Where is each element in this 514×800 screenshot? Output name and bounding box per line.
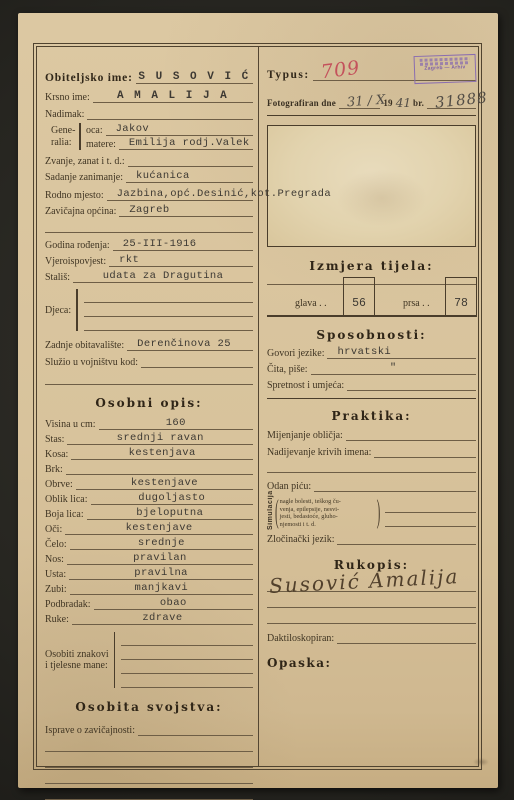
year-handwritten: 41 (396, 96, 411, 110)
religion-value: rkt (119, 254, 139, 266)
desc-line-9: pravilan (67, 551, 253, 565)
children-bracket (76, 289, 78, 331)
desc-label-3: Brk: (45, 464, 66, 475)
disguise-label: Mijenjanje obličja: (267, 430, 346, 441)
desc-line-2: kestenjava (71, 446, 253, 460)
desc-line-1: srednji ravan (67, 431, 253, 445)
head-value-box: 56 (343, 277, 375, 317)
children-lines (84, 289, 253, 331)
photo-box (267, 125, 476, 247)
children-label: Djeca: (45, 305, 76, 316)
drink-line (314, 478, 476, 492)
head-value: 56 (344, 297, 374, 310)
desc-line-10: pravilna (69, 566, 253, 580)
desc-label-0: Visina u cm: (45, 419, 99, 430)
documents-line-3 (45, 766, 253, 768)
desc-value-2: kestenjava (129, 447, 196, 459)
last-residence-line: Derenčinova 25 (127, 337, 253, 351)
photo-number-line: 31888 (427, 95, 476, 109)
father-value: Jakov (116, 123, 150, 135)
remark-label: Opaska: (267, 656, 476, 670)
desc-label-8: Čelo: (45, 539, 70, 550)
desc-label-10: Usta: (45, 569, 69, 580)
skills-line (347, 377, 476, 391)
simulation-vertical-label: Simulacija (267, 496, 274, 530)
desc-label-6: Boja lica: (45, 509, 87, 520)
desc-value-4: kestenjave (131, 477, 198, 489)
birth-year-value: 25-III-1916 (123, 238, 197, 250)
home-municipality-value: Zagreb (129, 204, 169, 216)
disguise-line (346, 427, 476, 441)
fingerprinted-label: Daktiloskopiran: (267, 633, 337, 644)
abilities-title: Sposobnosti: (267, 328, 476, 342)
mother-line: Emilija rodj.Valek (119, 136, 253, 150)
desc-label-5: Oblik lica: (45, 494, 91, 505)
special-marks-lines (121, 632, 253, 688)
typus-handwritten-value: 709 (319, 57, 361, 84)
genealogy-label: Gene- ralia: (51, 125, 79, 149)
special-traits-title: Osobita svojstva: (45, 700, 253, 714)
languages-line: hrvatski (327, 345, 476, 359)
desc-label-4: Obrve: (45, 479, 76, 490)
home-municipality-label: Zavičajna općina: (45, 206, 119, 217)
simulation-open-paren: ( (274, 495, 280, 531)
chest-value: 78 (446, 297, 476, 310)
genealogy-bracket (79, 123, 81, 150)
desc-value-9: pravilan (133, 552, 187, 564)
special-marks-bracket (114, 632, 116, 688)
languages-value: hrvatski (337, 346, 391, 358)
simulation-block: Simulacija ( nagle bolesti, teškog ču- v… (267, 496, 476, 530)
blank-rule-right (267, 471, 476, 473)
birthplace-line: Jazbina,opć.Desinić,kot.Pregrada (107, 187, 253, 201)
occupation-line (128, 153, 253, 167)
desc-label-11: Zubi: (45, 584, 70, 595)
birthplace-value: Jazbina,opć.Desinić,kot.Pregrada (117, 188, 331, 200)
chest-value-box: 78 (445, 277, 477, 317)
praktika-title: Praktika: (267, 409, 476, 423)
corner-smudge (473, 758, 489, 766)
scanned-document-page: { "form": { "left": { "family_name_label… (0, 0, 514, 800)
documents-line-4 (45, 782, 253, 784)
signature-line-2 (267, 606, 476, 608)
desc-line-8: srednje (70, 536, 253, 550)
first-name-value: A M A L I J A (117, 90, 229, 102)
documents-line (138, 722, 253, 736)
typus-label: Typus: (267, 70, 313, 81)
desc-value-12: obao (160, 597, 187, 609)
desc-label-9: Nos: (45, 554, 67, 565)
reads-writes-line: " (311, 361, 476, 375)
skills-label: Spretnost i umjeća: (267, 380, 347, 391)
form-frame: Obiteljsko ime: S U S O V I Ć Krsno ime:… (33, 43, 482, 770)
desc-label-1: Stas: (45, 434, 67, 445)
reads-writes-label: Čita, piše: (267, 364, 311, 375)
document-paper: Obiteljsko ime: S U S O V I Ć Krsno ime:… (18, 13, 498, 788)
false-names-line (374, 444, 476, 458)
special-marks-label: Osobiti znakovi i tjelesne mane: (45, 649, 114, 671)
column-divider (258, 47, 259, 766)
number-label: br. (413, 98, 427, 109)
desc-label-7: Oči: (45, 524, 65, 535)
desc-line-0: 160 (99, 416, 253, 430)
home-municipality-line: Zagreb (119, 203, 253, 217)
desc-line-11: manjkavi (70, 581, 253, 595)
last-residence-value: Derenčinova 25 (137, 338, 231, 350)
desc-value-0: 160 (166, 417, 186, 429)
desc-value-5: dugoljasto (138, 492, 205, 504)
father-line: Jakov (106, 122, 253, 136)
archive-stamp-text: Zagreb — Arhiv (417, 65, 473, 72)
documents-label: Isprave o zavičajnosti: (45, 725, 138, 736)
desc-value-8: srednje (138, 537, 185, 549)
religion-line: rkt (109, 253, 253, 267)
languages-label: Govori jezike: (267, 348, 327, 359)
desc-value-7: kestenjave (126, 522, 193, 534)
desc-label-12: Podbradak: (45, 599, 94, 610)
archive-stamp: Zagreb — Arhiv (414, 54, 477, 84)
current-job-label: Sadanje zanimanje: (45, 172, 126, 183)
criminal-language-label: Zločinački jezik: (267, 534, 337, 545)
father-label: oca: (86, 125, 106, 136)
desc-line-4: kestenjave (76, 476, 253, 490)
false-names-label: Nadijevanje krivih imena: (267, 447, 374, 458)
simulation-answer-lines (381, 499, 476, 527)
desc-line-12: obao (94, 596, 253, 610)
desc-line-5: dugoljasto (91, 491, 254, 505)
left-column: Obiteljsko ime: S U S O V I Ć Krsno ime:… (45, 47, 253, 800)
military-service-label: Služio u vojništvu kod: (45, 357, 141, 368)
simulation-text: nagle bolesti, teškog ču- venja, epileps… (280, 498, 376, 528)
desc-label-2: Kosa: (45, 449, 71, 460)
family-name-label: Obiteljsko ime: (45, 73, 136, 84)
occupation-label: Zvanje, zanat i t. d.: (45, 156, 128, 167)
documents-line-2 (45, 750, 253, 752)
nickname-label: Nadimak: (45, 109, 87, 120)
desc-label-13: Ruke: (45, 614, 72, 625)
marital-status-label: Stališ: (45, 272, 73, 283)
birth-year-label: Godina rođenja: (45, 240, 113, 251)
desc-value-1: srednji ravan (117, 432, 204, 444)
current-job-line: kućanica (126, 169, 253, 183)
header-separator-rule (267, 114, 476, 116)
body-measure-title: Izmjera tijela: (267, 259, 476, 273)
reads-writes-value: " (390, 362, 397, 374)
last-residence-label: Zadnje obitavalište: (45, 340, 127, 351)
desc-line-6: bjeloputna (87, 506, 253, 520)
fingerprinted-line (337, 630, 476, 644)
desc-value-10: pravilna (134, 567, 188, 579)
religion-label: Vjeroispovjest: (45, 256, 109, 267)
military-service-line (141, 354, 253, 368)
head-label: glava . . (295, 298, 327, 309)
first-name-label: Krsno ime: (45, 92, 93, 103)
photographed-date-line: 31 / X (339, 95, 380, 109)
birth-year-line: 25-III-1916 (113, 237, 253, 251)
chest-label: prsa . . (403, 298, 430, 309)
mother-label: matere: (86, 139, 119, 150)
right-column: Typus: 709 Zagreb — Arhiv Fotografiran d… (267, 47, 476, 670)
photographed-day-value: 31 / X (346, 93, 385, 111)
body-measure-table: glava . . 56 prsa . . 78 (267, 277, 476, 317)
section-rule-thick (267, 397, 476, 399)
photographed-label: Fotografiran dne (267, 98, 339, 109)
mother-value: Emilija rodj.Valek (129, 137, 250, 149)
desc-line-13: zdrave (72, 611, 253, 625)
current-job-value: kućanica (136, 170, 190, 182)
family-name-line: S U S O V I Ć (136, 70, 253, 84)
blank-rule (45, 231, 253, 233)
first-name-line: A M A L I J A (93, 89, 253, 103)
criminal-language-line (337, 531, 476, 545)
desc-line-3 (66, 461, 253, 475)
section-rule (45, 383, 253, 385)
family-name-value: S U S O V I Ć (138, 71, 250, 83)
marital-status-line: udata za Dragutina (73, 269, 253, 283)
personal-description-title: Osobni opis: (45, 396, 253, 410)
marital-status-value: udata za Dragutina (103, 270, 224, 282)
desc-line-7: kestenjave (65, 521, 253, 535)
photo-number-value: 31888 (434, 88, 488, 111)
nickname-line (87, 106, 253, 120)
desc-value-6: bjeloputna (136, 507, 203, 519)
simulation-close-paren: ) (376, 495, 382, 531)
drink-label: Odan piću: (267, 481, 314, 492)
birthplace-label: Rodno mjesto: (45, 190, 107, 201)
desc-value-13: zdrave (142, 612, 182, 624)
signature-line-3 (267, 622, 476, 624)
desc-value-11: manjkavi (135, 582, 189, 594)
